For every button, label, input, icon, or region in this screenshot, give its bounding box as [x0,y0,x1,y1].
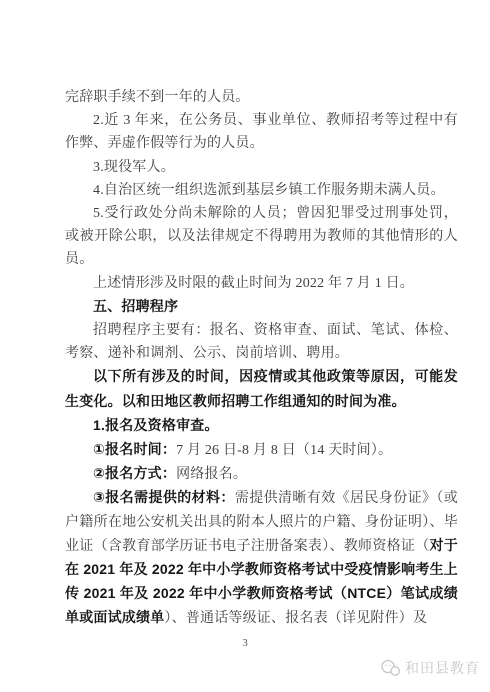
wechat-logo-icon [380,659,401,677]
text-run: 完辞职手续不到一年的人员。 [65,90,250,105]
para-time-notice: 以下所有涉及的时间，因疫情或其他政策等原因，可能发生变化。以和田地区教师招聘工作… [65,365,458,413]
document-body: 完辞职手续不到一年的人员。2.近 3 年来，在公务员、事业单位、教师招考等过程中… [65,86,458,631]
text-run: 3.现役军人。 [93,160,175,175]
para-deadline: 上述情形涉及时限的截止时间为 2022 年 7 月 1 日。 [65,272,458,295]
text-run: 上述情形涉及时限的截止时间为 2022 年 7 月 1 日。 [93,276,414,291]
para-item-4: 4.自治区统一组织选派到基层乡镇工作服务期未满人员。 [65,179,458,202]
document-page: 完辞职手续不到一年的人员。2.近 3 年来，在公务员、事业单位、教师招考等过程中… [0,0,490,692]
heading-section-five: 五、招聘程序 [65,295,458,319]
text-run: 招聘程序主要有：报名、资格审查、面试、笔试、体检、考察、递补和调剂、公示、岗前培… [65,323,458,361]
text-run: 5.受行政处分尚未解除的人员；曾因犯罪受过刑事处罚，或被开除公职，以及法律规定不… [65,206,458,267]
text-run: 五、招聘程序 [93,298,178,314]
para-procedure-list: 招聘程序主要有：报名、资格审查、面试、笔试、体检、考察、递补和调剂、公示、岗前培… [65,319,458,365]
text-run: 2.近 3 年来，在公务员、事业单位、教师招考等过程中有作弊、弄虚作假等行为的人… [65,113,458,151]
text-run: 1.报名及资格审查。 [93,417,219,433]
watermark-label: 和田县教育 [405,658,480,678]
text-run: ）、普通话等级证、报名表（详见附件）及 [164,611,427,626]
text-run: 7 月 26 日-8 月 8 日（14 天时间）。 [176,443,392,458]
text-run: ②报名方式： [93,465,176,481]
para-registration-method: ②报名方式：网络报名。 [65,462,458,486]
para-registration-time: ①报名时间：7 月 26 日-8 月 8 日（14 天时间）。 [65,438,458,462]
para-continuation: 完辞职手续不到一年的人员。 [65,86,458,109]
para-item-3: 3.现役军人。 [65,156,458,179]
para-item-2: 2.近 3 年来，在公务员、事业单位、教师招考等过程中有作弊、弄虚作假等行为的人… [65,109,458,155]
watermark: 和田县教育 [380,658,480,678]
text-run: 网络报名。 [176,467,247,482]
text-run: 以下所有涉及的时间，因疫情或其他政策等原因，可能发生变化。以和田地区教师招聘工作… [65,368,458,408]
text-run: 4.自治区统一组织选派到基层乡镇工作服务期未满人员。 [93,183,445,198]
para-registration-materials: ③报名需提供的材料：需提供清晰有效《居民身份证》（或户籍所在地公安机关出具的附本… [65,486,458,630]
para-item-5: 5.受行政处分尚未解除的人员；曾因犯罪受过刑事处罚，或被开除公职，以及法律规定不… [65,202,458,272]
text-run: ①报名时间： [93,441,176,457]
text-run: ③报名需提供的材料： [93,489,235,505]
page-number: 3 [0,637,490,649]
para-step-1-title: 1.报名及资格审查。 [65,414,458,438]
